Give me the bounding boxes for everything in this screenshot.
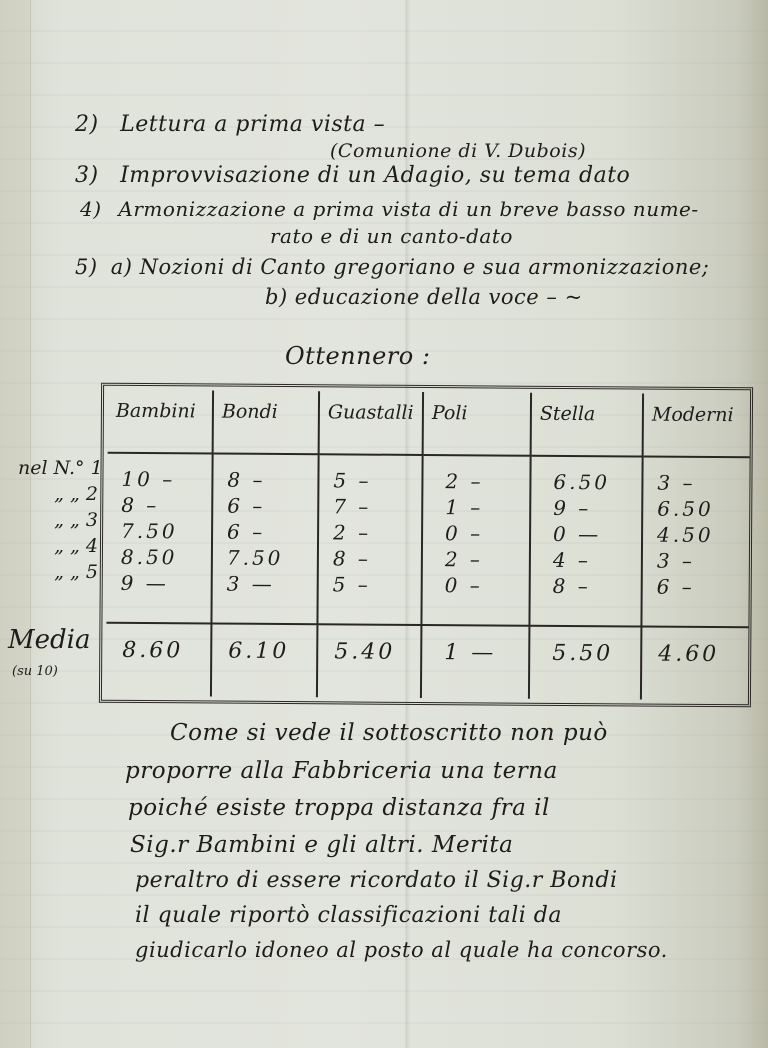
- exam-item-note: (Comunione di V. Dubois): [330, 140, 586, 162]
- average-label: Media: [8, 625, 90, 655]
- average-cell: 8.60: [106, 624, 213, 697]
- exam-item: 4) Armonizzazione a prima vista di un br…: [80, 197, 699, 221]
- scores-table: Bambini Bondi Guastalli Poli Stella Mode…: [99, 383, 753, 708]
- paragraph-line: peraltro di essere ricordato il Sig.r Bo…: [135, 868, 618, 893]
- item-number: 5): [75, 255, 98, 279]
- score-cell: 5 –: [333, 571, 421, 598]
- average-sublabel: (su 10): [12, 664, 58, 679]
- score-cell: 7 –: [333, 493, 421, 520]
- column-header: Bondi: [214, 391, 320, 456]
- score-cell: 5 –: [333, 467, 421, 494]
- score-column-moderni: 3 – 6.50 4.50 3 – 6 –: [642, 458, 749, 629]
- score-column-bondi: 8 – 6 – 6 – 7.50 3 —: [212, 455, 319, 626]
- item-text: Improvvisazione di un Adagio, su tema da…: [120, 163, 630, 188]
- score-cell: 8 –: [553, 573, 641, 600]
- average-cell: 5.50: [530, 627, 642, 700]
- score-column-poli: 2 – 1 – 0 – 2 – 0 –: [422, 456, 531, 627]
- score-column-bambini: 10 – 8 – 7.50 8.50 9 —: [106, 454, 213, 625]
- average-cell: 4.60: [642, 628, 749, 701]
- score-cell: 3 –: [657, 470, 749, 497]
- paragraph-line: Come si vede il sottoscritto non può: [170, 720, 608, 746]
- score-cell: 4.50: [657, 522, 749, 549]
- score-cell: 8 –: [121, 492, 211, 519]
- paragraph-line: poiché esiste troppa distanza fra il: [128, 795, 550, 821]
- score-cell: 0 –: [445, 520, 529, 547]
- item-number: 4): [80, 197, 102, 221]
- exam-item-sub: b) educazione della voce – ~: [265, 285, 583, 309]
- results-heading: Ottennero :: [285, 342, 430, 370]
- paragraph-line: Sig.r Bambini e gli altri. Merita: [130, 832, 513, 858]
- exam-item: 2) Lettura a prima vista –: [75, 112, 385, 137]
- score-cell: 10 –: [121, 466, 211, 493]
- row-label: „ „ 3: [18, 507, 98, 533]
- item-text: Armonizzazione a prima vista di un breve…: [118, 197, 698, 221]
- score-cell: 2 –: [333, 519, 421, 546]
- exam-item: 5) a) Nozioni di Canto gregoriano e sua …: [75, 255, 709, 279]
- score-cell: 6.50: [657, 496, 749, 523]
- score-cell: 9 —: [121, 570, 211, 597]
- row-label: „ „ 4: [18, 533, 98, 559]
- average-cell: 5.40: [318, 625, 423, 698]
- row-label: nel N.° 1: [18, 455, 98, 481]
- score-column-stella: 6.50 9 – 0 — 4 – 8 –: [530, 457, 643, 628]
- score-cell: 0 —: [553, 521, 641, 548]
- score-cell: 3 —: [227, 571, 317, 598]
- paragraph-line: il quale riportò classificazioni tali da: [135, 903, 562, 928]
- score-cell: 1 –: [445, 494, 529, 521]
- score-cell: 2 –: [445, 468, 529, 495]
- score-cell: 3 –: [657, 548, 749, 575]
- item-text: b) educazione della voce – ~: [265, 285, 583, 309]
- score-cell: 7.50: [121, 518, 211, 545]
- row-labels: nel N.° 1 „ „ 2 „ „ 3 „ „ 4 „ „ 5: [18, 455, 98, 585]
- score-cell: 7.50: [227, 545, 317, 572]
- item-text: rato e di un canto-dato: [270, 224, 513, 248]
- column-header: Stella: [532, 393, 644, 458]
- item-text: Lettura a prima vista –: [120, 112, 385, 137]
- item-text: a) Nozioni di Canto gregoriano e sua arm…: [111, 255, 710, 279]
- score-cell: 6 –: [657, 574, 749, 601]
- score-cell: 0 –: [445, 572, 529, 599]
- average-cell: 6.10: [212, 625, 319, 698]
- score-column-guastalli: 5 – 7 – 2 – 8 – 5 –: [318, 455, 423, 626]
- exam-item-continuation: rato e di un canto-dato: [270, 224, 513, 248]
- paragraph-line: proporre alla Fabbriceria una terna: [125, 758, 558, 784]
- average-cell: 1 —: [422, 626, 531, 699]
- column-header: Poli: [424, 392, 532, 457]
- score-cell: 8 –: [227, 467, 317, 494]
- item-number: 2): [75, 112, 99, 137]
- score-cell: 2 –: [445, 546, 529, 573]
- column-header: Moderni: [644, 394, 750, 459]
- item-number: 3): [75, 163, 99, 188]
- score-cell: 8.50: [121, 544, 211, 571]
- row-label: „ „ 2: [18, 481, 98, 507]
- paragraph-line: giudicarlo idoneo al posto al quale ha c…: [135, 938, 668, 962]
- score-cell: 8 –: [333, 545, 421, 572]
- column-header: Guastalli: [320, 391, 424, 456]
- score-cell: 9 –: [553, 495, 641, 522]
- row-label: „ „ 5: [18, 559, 98, 585]
- score-cell: 6.50: [553, 469, 641, 496]
- score-cell: 6 –: [227, 493, 317, 520]
- score-cell: 6 –: [227, 519, 317, 546]
- exam-item: 3) Improvvisazione di un Adagio, su tema…: [75, 163, 630, 188]
- column-header: Bambini: [108, 390, 214, 455]
- item-text: (Comunione di V. Dubois): [330, 140, 586, 162]
- score-cell: 4 –: [553, 547, 641, 574]
